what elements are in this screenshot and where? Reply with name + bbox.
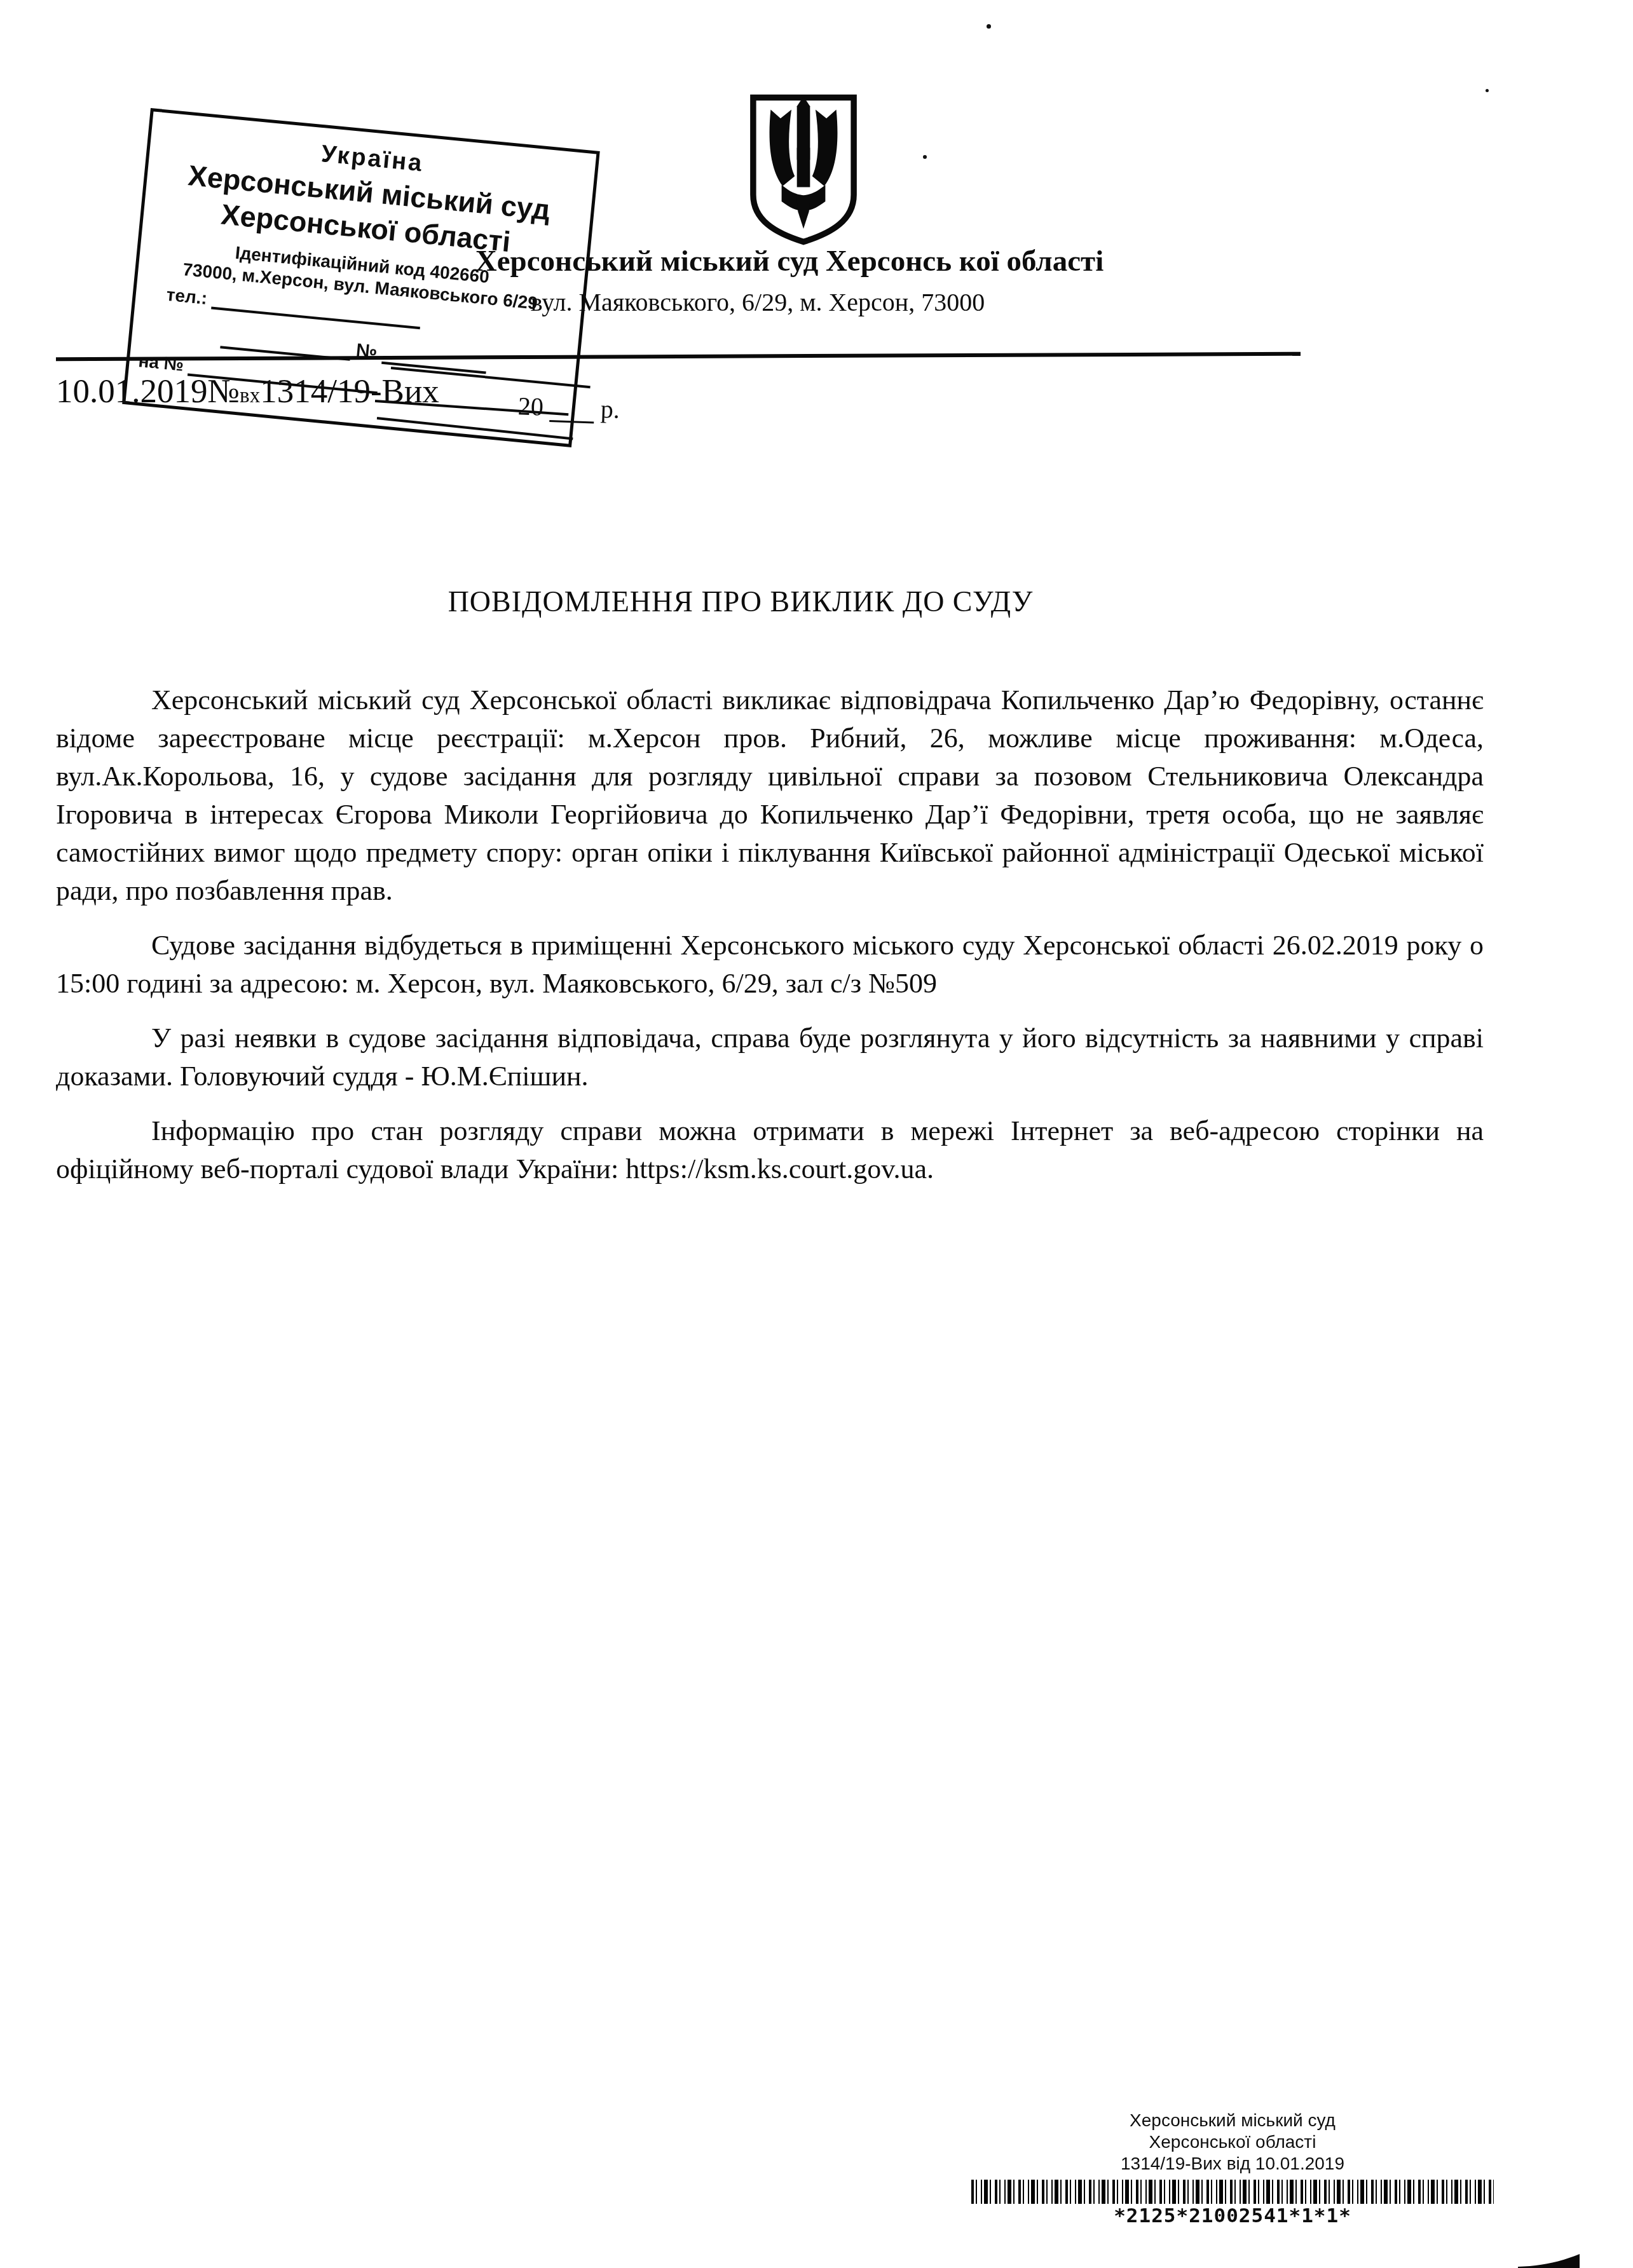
stamp-number-blank-right	[381, 348, 488, 374]
reference-date-number-prefix: 10.01.2019№	[56, 373, 240, 410]
year-blank-line: 20 р.	[517, 391, 620, 424]
paragraph-absence-warning: У разі неявки в судове засідання відпові…	[56, 1019, 1484, 1096]
reference-outgoing-number: 1314/19-Вих	[260, 373, 439, 410]
year-suffix: р.	[600, 395, 620, 424]
year-value: 20	[517, 391, 544, 421]
paragraph-web-info: Інформацію про стан розгляду справи можн…	[56, 1112, 1484, 1188]
document-body: Херсонський міський суд Херсонської обла…	[56, 681, 1484, 1205]
reference-line: 10.01.2019№вх1314/19-Вих	[56, 372, 439, 411]
registration-barcode	[971, 2180, 1494, 2204]
footer-ref-number: 1314/19-Вих від 10.01.2019	[971, 2153, 1494, 2175]
scan-speck	[1486, 89, 1489, 92]
barcode-text: *2125*21002541*1*1*	[971, 2205, 1494, 2227]
reference-small-mark: вх	[240, 384, 260, 407]
page-curl-artifact	[1518, 2254, 1580, 2268]
registration-footer: Херсонський міський суд Херсонської обла…	[971, 2110, 1494, 2227]
paragraph-summons: Херсонський міський суд Херсонської обла…	[56, 681, 1484, 910]
year-blank	[549, 406, 594, 423]
footer-court-line2: Херсонської області	[971, 2131, 1494, 2153]
scan-speck	[923, 155, 927, 159]
document-title: ПОВІДОМЛЕННЯ ПРО ВИКЛИК ДО СУДУ	[318, 585, 1163, 618]
scanned-court-summons-page: Україна Херсонський міський суд Херсонсь…	[0, 0, 1633, 2268]
scan-speck	[987, 24, 991, 29]
paragraph-hearing-details: Судове засідання відбудеться в приміщенн…	[56, 927, 1484, 1003]
ukraine-trident-icon	[749, 93, 858, 247]
stamp-tel-label: тел.:	[166, 285, 208, 308]
letterhead-court-name: Херсонський міський суд Херсонсь кої обл…	[392, 244, 1187, 278]
footer-court-line1: Херсонський міський суд	[971, 2110, 1494, 2131]
letterhead-address: вул. Маяковського, 6/29, м. Херсон, 7300…	[379, 287, 1136, 317]
stamp-incoming-number-label: на №	[137, 351, 184, 375]
